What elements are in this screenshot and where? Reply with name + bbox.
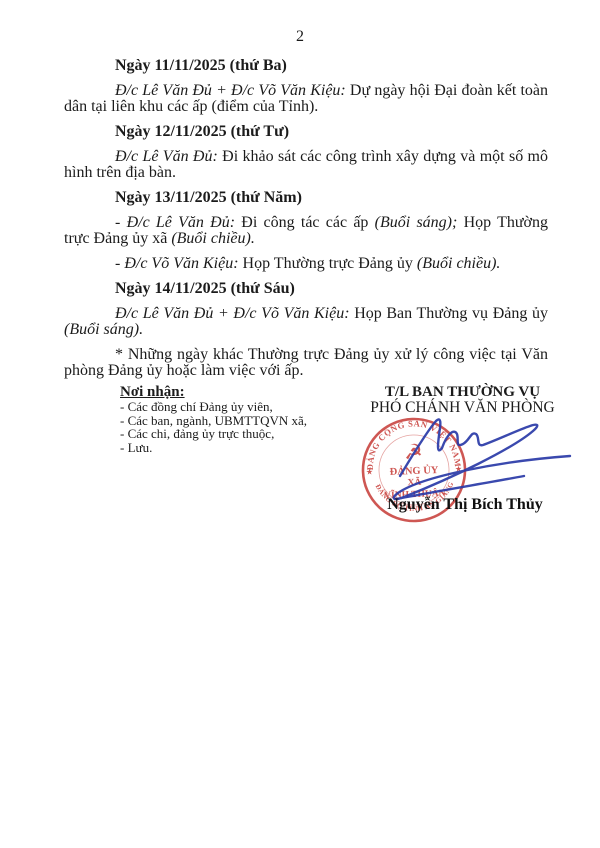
officials-run: - Đ/c Võ Văn Kiệu:	[115, 255, 239, 272]
recipient-item: - Các đồng chí Đảng ủy viên,	[120, 400, 320, 414]
document-page: 2 Ngày 11/11/2025 (thứ Ba) Đ/c Lê Văn Đủ…	[0, 0, 600, 848]
schedule-paragraph: - Đ/c Võ Văn Kiệu: Họp Thường trực Đảng …	[64, 256, 548, 272]
schedule-section: Ngày 11/11/2025 (thứ Ba) Đ/c Lê Văn Đủ +…	[64, 58, 548, 379]
officials-run: Đ/c Lê Văn Đủ + Đ/c Võ Văn Kiệu:	[115, 82, 346, 99]
recipients-title: Nơi nhận:	[120, 384, 320, 400]
recipient-item: - Các ban, ngành, UBMTTQVN xã,	[120, 414, 320, 428]
officials-run: Đ/c Lê Văn Đủ:	[115, 148, 218, 165]
day-heading-1: Ngày 11/11/2025 (thứ Ba)	[64, 58, 548, 74]
recipient-item: - Các chi, đảng ủy trực thuộc,	[120, 427, 320, 441]
signing-authority: T/L BAN THƯỜNG VỤ	[345, 384, 580, 400]
signature-ink-icon	[352, 404, 578, 510]
day-heading-4: Ngày 14/11/2025 (thứ Sáu)	[64, 281, 548, 297]
activity-run: Họp Ban Thường vụ Đảng ủy	[350, 305, 548, 322]
handwritten-signature	[352, 404, 578, 510]
officials-run: Đ/c Lê Văn Đủ + Đ/c Võ Văn Kiệu:	[115, 305, 350, 322]
day-heading-3: Ngày 13/11/2025 (thứ Năm)	[64, 190, 548, 206]
time-run: (Buổi chiều).	[417, 255, 501, 272]
schedule-paragraph: - Đ/c Lê Văn Đủ: Đi công tác các ấp (Buổ…	[64, 215, 548, 247]
officials-run: - Đ/c Lê Văn Đủ:	[115, 214, 235, 231]
schedule-paragraph: Đ/c Lê Văn Đủ: Đi khảo sát các công trìn…	[64, 149, 548, 181]
activity-run: Đi công tác các ấp	[235, 214, 375, 231]
signer-name: Nguyễn Thị Bích Thủy	[340, 497, 590, 513]
time-run: (Buổi chiều).	[171, 230, 255, 247]
recipient-item: - Lưu.	[120, 441, 320, 455]
general-note: * Những ngày khác Thường trực Đảng ủy xử…	[64, 347, 548, 379]
time-run: (Buổi sáng).	[64, 321, 143, 338]
page-number: 2	[0, 28, 600, 46]
schedule-paragraph: Đ/c Lê Văn Đủ + Đ/c Võ Văn Kiệu: Họp Ban…	[64, 306, 548, 338]
schedule-paragraph: Đ/c Lê Văn Đủ + Đ/c Võ Văn Kiệu: Dự ngày…	[64, 83, 548, 115]
time-run: (Buổi sáng);	[375, 214, 458, 231]
activity-run: Họp Thường trực Đảng ủy	[239, 255, 417, 272]
day-heading-2: Ngày 12/11/2025 (thứ Tư)	[64, 124, 548, 140]
recipients-block: Nơi nhận: - Các đồng chí Đảng ủy viên, -…	[120, 384, 320, 454]
